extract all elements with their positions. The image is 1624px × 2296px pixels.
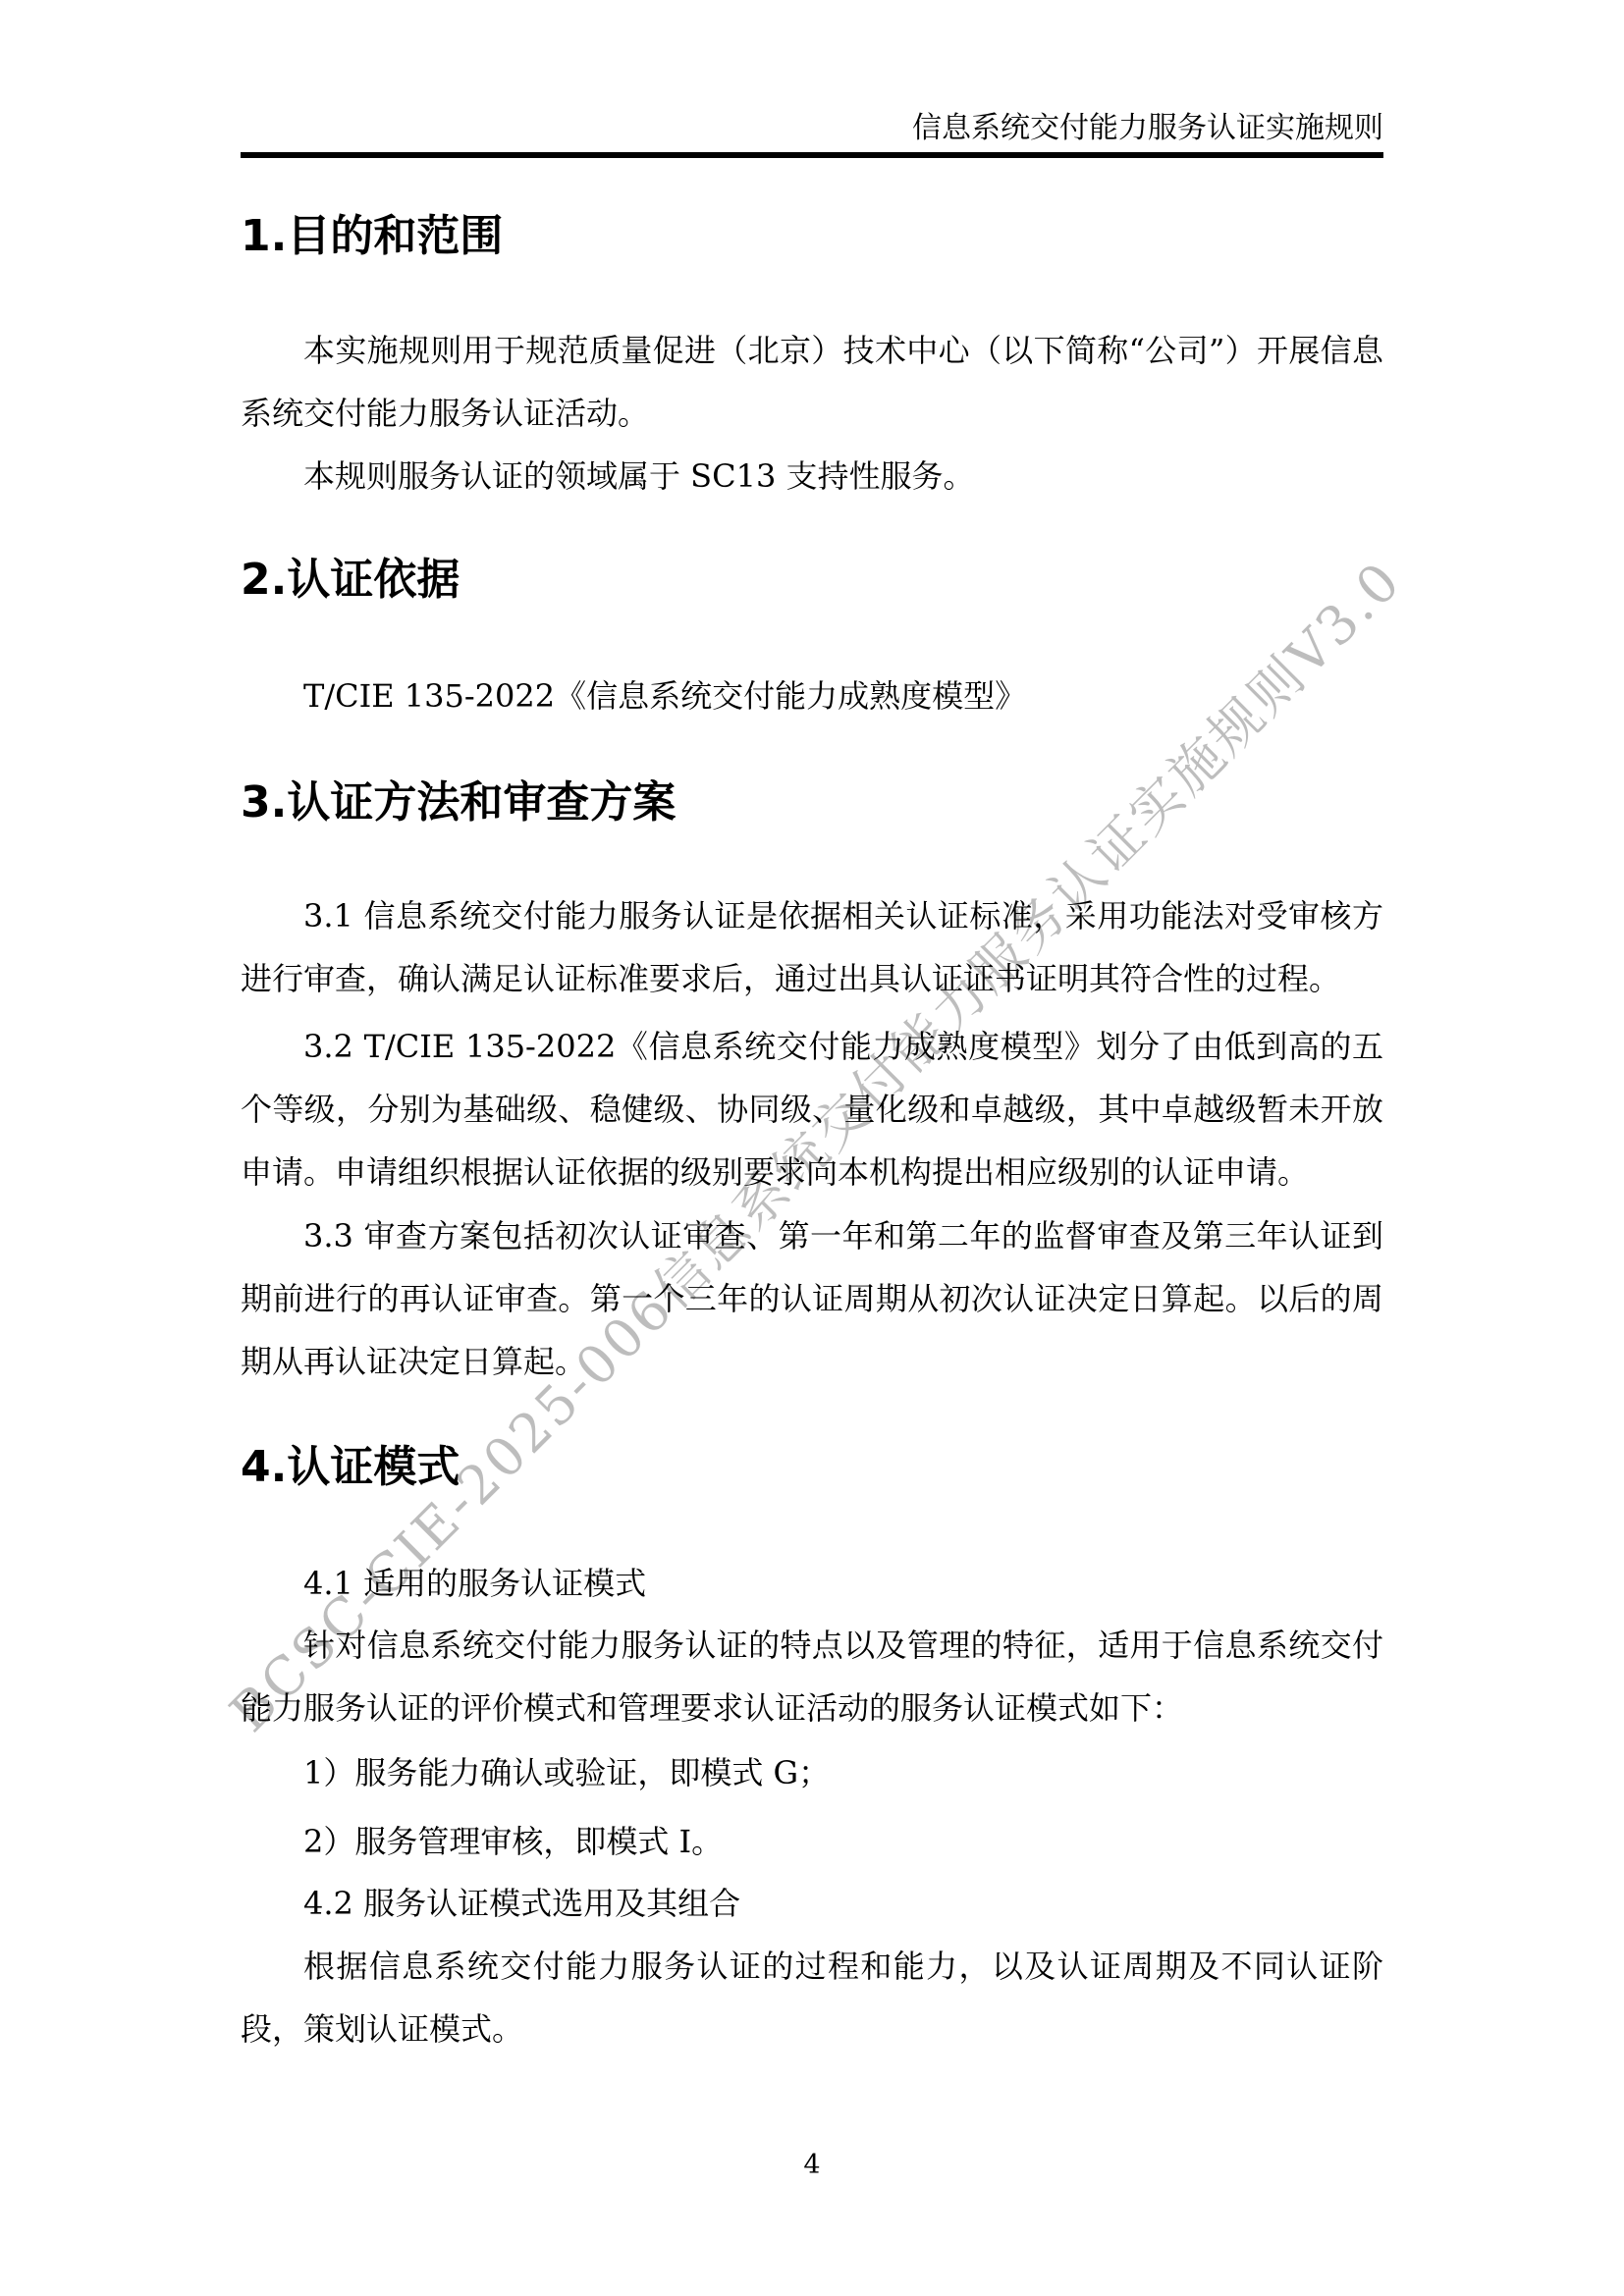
header-rule	[241, 152, 1383, 158]
paragraph-4-2-body: 根据信息系统交付能力服务认证的过程和能力，以及认证周期及不同认证阶段，策划认证模…	[241, 1935, 1383, 2060]
page-number: 4	[0, 2150, 1624, 2180]
paragraph-3-2: 3.2 T/CIE 135-2022《信息系统交付能力成熟度模型》划分了由低到高…	[241, 1015, 1383, 1203]
list-item-mode-i: 2）服务管理审核，即模式 I。	[241, 1810, 1383, 1873]
section-heading-certification-basis: 2.认证依据	[241, 552, 1383, 609]
list-item-mode-g: 1）服务能力确认或验证，即模式 G；	[241, 1741, 1383, 1804]
section-heading-certification-mode: 4.认证模式	[241, 1439, 1383, 1496]
paragraph-4-1-title: 4.1 适用的服务认证模式	[241, 1552, 1383, 1615]
page-header-title: 信息系统交付能力服务认证实施规则	[241, 110, 1383, 147]
document-page: 信息系统交付能力服务认证实施规则 BCSC-CIE-2025-006信息系统交付…	[0, 0, 1624, 2296]
paragraph-3-3: 3.3 审查方案包括初次认证审查、第一年和第二年的监督审查及第三年认证到期前进行…	[241, 1204, 1383, 1393]
paragraph-scope-intro: 本实施规则用于规范质量促进（北京）技术中心（以下简称“公司”）开展信息系统交付能…	[241, 319, 1383, 445]
paragraph-4-2-title: 4.2 服务认证模式选用及其组合	[241, 1872, 1383, 1935]
paragraph-4-1-body: 针对信息系统交付能力服务认证的特点以及管理的特征，适用于信息系统交付能力服务认证…	[241, 1614, 1383, 1739]
section-heading-method-audit-plan: 3.认证方法和审查方案	[241, 774, 1383, 831]
paragraph-standard-reference: T/CIE 135-2022《信息系统交付能力成熟度模型》	[241, 665, 1383, 727]
section-heading-purpose-scope: 1.目的和范围	[241, 208, 1383, 265]
paragraph-scope-domain: 本规则服务认证的领域属于 SC13 支持性服务。	[241, 445, 1383, 507]
paragraph-3-1: 3.1 信息系统交付能力服务认证是依据相关认证标准，采用功能法对受审核方进行审查…	[241, 884, 1383, 1010]
